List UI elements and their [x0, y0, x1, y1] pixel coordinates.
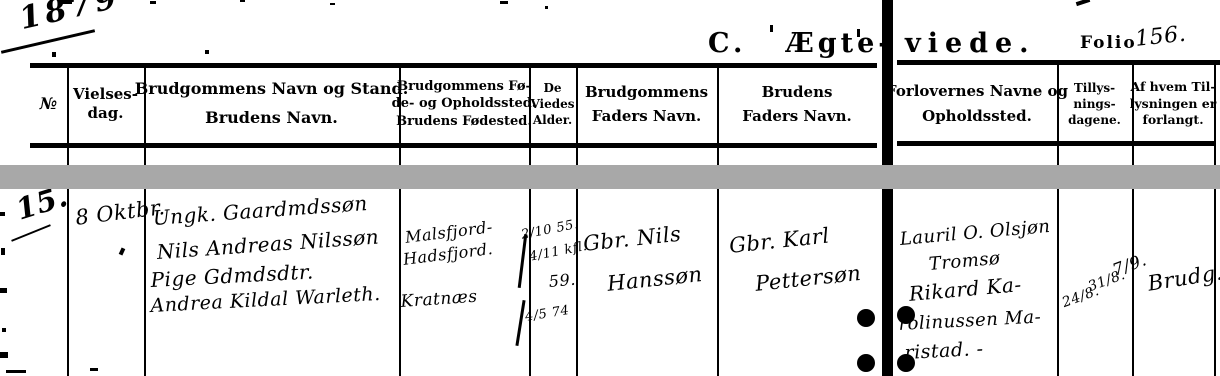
record-groom-father-line1: Gbr. Nils	[582, 222, 682, 256]
binding-dot	[857, 309, 875, 327]
scan-noise	[205, 50, 209, 54]
church-register-scan: 1879 C. Ægte- viede. Folio 156. № Vielse…	[0, 0, 1220, 376]
scan-noise	[0, 212, 5, 216]
scan-noise	[0, 352, 8, 358]
pen-flourish-stroke	[518, 234, 528, 288]
record-witnesses-line1: Lauril O. Olsjøn	[899, 216, 1051, 250]
col-header-foedested: Brudgommens Fø- de- og Opholdssted. Brud…	[399, 68, 529, 140]
scan-noise	[1, 248, 5, 255]
record-age-line3: 59.	[548, 270, 577, 291]
col-header-forlovere: Forlovernes Navne og Opholdssted.	[897, 68, 1057, 140]
scan-noise	[330, 3, 335, 5]
scan-noise	[150, 1, 156, 4]
record-witnesses-line4: rolinussen Ma-	[898, 307, 1042, 335]
scan-noise	[857, 29, 860, 37]
scan-noise	[90, 368, 98, 371]
record-banns-requested-by: Brudg.	[1146, 260, 1220, 296]
year-underline-flourish	[1, 29, 95, 54]
record-groom-father-line2: Hanssøn	[606, 262, 704, 296]
folio-number: 156.	[1134, 22, 1187, 52]
col-header-brudens-fader: Brudens Faders Navn.	[717, 68, 877, 140]
record-banns-date3: 7/9.	[1110, 250, 1150, 281]
record-number-flourish	[11, 224, 51, 242]
record-witnesses-line2: Tromsø	[928, 248, 1001, 275]
col-header-tillysningsdagene: Tillys- nings- dagene.	[1057, 68, 1132, 140]
col-header-brudgommens-fader: Brudgommens Faders Navn.	[576, 68, 717, 140]
scan-noise	[1076, 0, 1091, 6]
scan-noise	[0, 288, 7, 293]
page-title-right: viede.	[905, 28, 1036, 59]
scan-noise	[2, 328, 6, 332]
page-title-left: C. Ægte-	[708, 28, 893, 59]
year-annotation: 1879	[16, 0, 124, 37]
scan-noise	[240, 0, 245, 2]
scan-noise	[52, 52, 56, 57]
folio-label: Folio	[1080, 33, 1137, 53]
record-birthplace-line3: Kratnæs	[400, 287, 478, 312]
col-header-alder: De Viedes Alder.	[529, 68, 576, 140]
col-header-brudgommens-navn: Brudgommens Navn og Stand. Brudens Navn.	[144, 68, 399, 140]
scan-noise	[770, 25, 773, 32]
record-age-line2: 4/11 kfl.	[528, 239, 589, 265]
record-groom-status: Ungk. Gaardmdssøn	[152, 191, 368, 230]
col-header-no: №	[30, 68, 67, 140]
pen-flourish-stroke	[515, 300, 525, 346]
binding-dot	[857, 354, 875, 372]
gray-redaction-band	[0, 165, 1220, 189]
record-witnesses-line5: ristad. -	[904, 338, 984, 364]
scan-noise	[119, 247, 126, 255]
scan-noise	[545, 6, 548, 9]
record-groom-name: Nils Andreas Nilssøn	[156, 224, 380, 263]
left-page-header-rule	[30, 143, 877, 148]
col-header-vielsesdag: Vielses- dag.	[67, 68, 144, 140]
record-witnesses-line3: Rikard Ka-	[908, 272, 1023, 306]
record-bride-father-line2: Pettersøn	[754, 261, 862, 296]
scan-noise	[500, 1, 508, 4]
record-bride-father-line1: Gbr. Karl	[728, 223, 831, 257]
scan-noise	[62, 0, 72, 4]
col-header-af-hvem: Af hvem Til- lysningen er forlangt.	[1132, 68, 1214, 140]
scan-noise	[6, 370, 26, 373]
